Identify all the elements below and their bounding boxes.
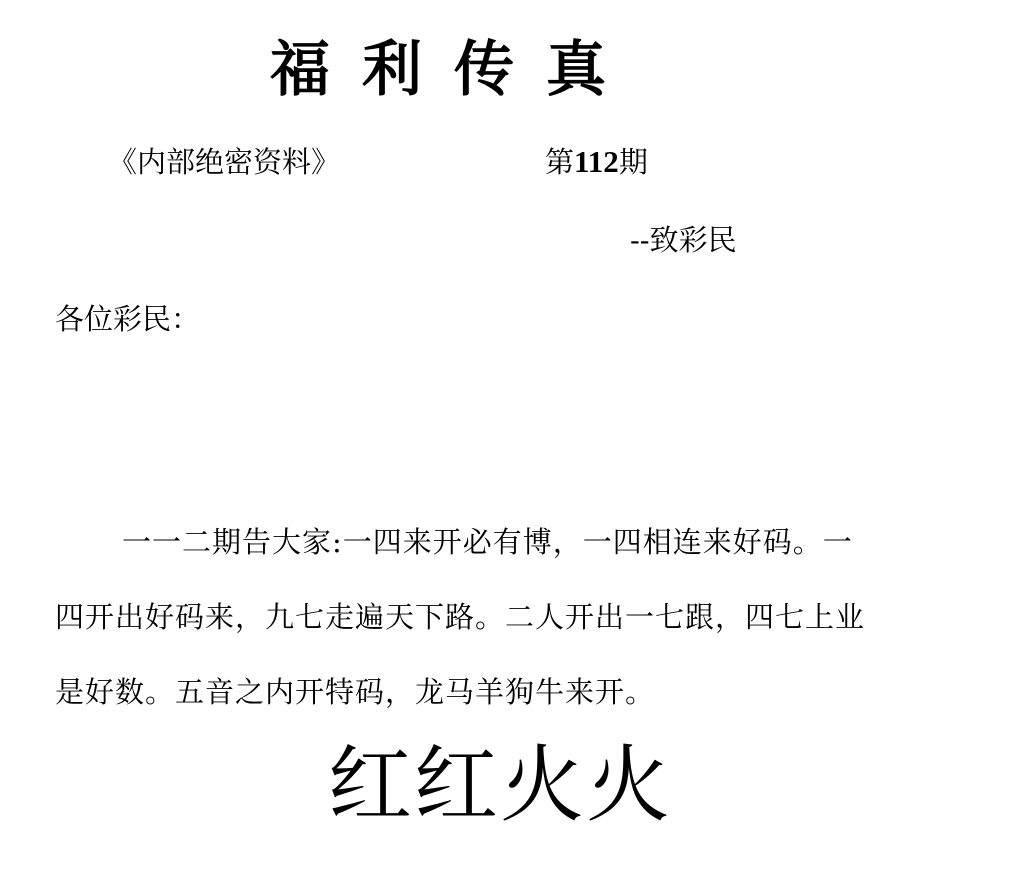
body-paragraph-line: 一一二期告大家:一四来开必有博，一四相连来好码。一 bbox=[122, 520, 853, 564]
issue-number: 第112期 bbox=[545, 140, 648, 184]
document-title: 福利传真 bbox=[270, 30, 638, 110]
body-paragraph-line: 是好数。五音之内开特码，龙马羊狗牛来开。 bbox=[55, 670, 655, 714]
issue-prefix: 第 bbox=[545, 145, 574, 179]
confidential-label: 《内部绝密资料》 bbox=[108, 140, 340, 184]
closing-phrase: 红红火火 bbox=[328, 735, 672, 835]
issue-number-value: 112 bbox=[574, 144, 619, 179]
issue-suffix: 期 bbox=[619, 145, 648, 179]
body-paragraph-line: 四开出好码来，九七走遍天下路。二人开出一七跟，四七上业 bbox=[55, 595, 865, 639]
greeting: 各位彩民： bbox=[55, 297, 200, 341]
addressee-line: --致彩民 bbox=[630, 218, 737, 262]
document-page: 福利传真 《内部绝密资料》 第112期 --致彩民 各位彩民： 一一二期告大家:… bbox=[0, 0, 1024, 881]
